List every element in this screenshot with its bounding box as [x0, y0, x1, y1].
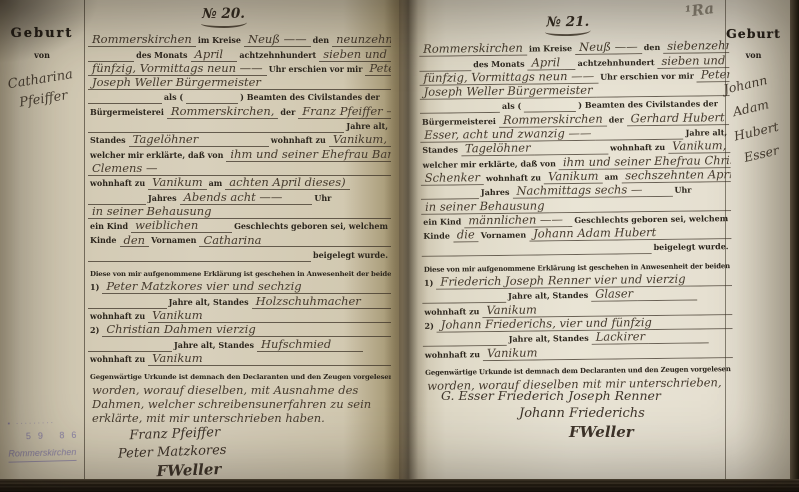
- rule-blank: [161, 162, 391, 176]
- handwritten-text: Vanikum: [483, 347, 542, 361]
- form-right: № 21. Rommerskirchenim KreiseNeuß ——dens…: [419, 12, 734, 392]
- printed-text: im Kreise: [196, 35, 244, 47]
- form-left: № 20. Rommerskirchenim KreiseNeuß ——denn…: [88, 6, 391, 425]
- rule-blank: [660, 225, 731, 240]
- handwritten-text: sechszehnten April dieses): [621, 168, 731, 183]
- printed-text: wohnhaft zu: [269, 135, 329, 147]
- rule-blank: [524, 98, 576, 113]
- handwritten-text: sieben und: [319, 49, 391, 62]
- form-line: des MonatsAprilachtzehnhundertsieben und: [88, 47, 391, 61]
- geburt-heading: Geburt: [0, 26, 84, 41]
- form-line: welcher mir erklärte, daß vonihm und sei…: [88, 147, 391, 161]
- form-line: als () Beamten des Civilstandes der: [88, 90, 391, 104]
- handwritten-text: Holzschuhmacher: [252, 296, 365, 309]
- rule-blank: [260, 323, 391, 337]
- handwritten-text: Gerhard Hubert: [627, 112, 729, 126]
- printed-text: welcher mir erklärte, daß von: [420, 158, 559, 172]
- margin-column-right: Geburt von JohannAdamHubertEsser: [725, 0, 781, 492]
- printed-text: am: [207, 178, 226, 190]
- handwritten-text: Tagelöhner: [461, 143, 535, 157]
- printed-text: Bürgermeisterei: [88, 107, 167, 119]
- printed-text: am: [602, 171, 621, 183]
- handwritten-text: Vanikum: [148, 310, 206, 323]
- handwritten-text: in seiner Behausung: [88, 206, 216, 219]
- rule-blank: [88, 338, 172, 352]
- handwritten-text: Vanikum,: [668, 141, 730, 155]
- register-book-photo: Geburt von CatharinaPfeiffer № 20. Romme…: [0, 0, 799, 492]
- signature-block-right: G. Esser Friederich Joseph RennerJohann …: [441, 388, 661, 443]
- handwritten-text: die: [453, 229, 479, 242]
- entry-number: № 20.: [72, 6, 375, 22]
- handwritten-text: Vanikum: [148, 177, 206, 190]
- printed-text: wohnhaft zu: [422, 306, 482, 319]
- handwritten-text: Joseph Weller Bürgermeister: [88, 77, 265, 90]
- handwritten-text: Glaser: [591, 289, 637, 303]
- form-body: Rommerskirchenim KreiseNeuß ——densiebenz…: [419, 39, 733, 392]
- printed-text: ein Kind: [88, 221, 131, 233]
- signature-block-left: Franz PfeifferPeter MatzkoresFWeller: [101, 424, 227, 484]
- form-line: Joseph Weller Bürgermeister: [88, 76, 391, 90]
- handwritten-text: Clemens —: [88, 163, 161, 176]
- handwritten-text: Rommerskirchen,: [167, 106, 278, 119]
- handwritten-text: Johann Adam Hubert: [529, 227, 660, 242]
- rule-blank: [646, 183, 672, 197]
- page-edge-right: [790, 0, 799, 492]
- form-line: beigelegt wurde.: [88, 247, 391, 261]
- printed-text: Uhr erschien vor mir: [598, 70, 697, 83]
- printed-text: der: [607, 114, 627, 126]
- stamp-line: Rommerskirchen: [8, 446, 76, 462]
- flourish-underline: [545, 30, 591, 37]
- rule-blank: [207, 352, 391, 366]
- form-body: Rommerskirchenim KreiseNeuß ——denneunzeh…: [88, 33, 391, 425]
- printed-text: wohnhaft zu: [88, 178, 148, 190]
- rule-blank: [421, 241, 651, 258]
- handwritten-text: Christian Dahmen vierzig: [102, 324, 259, 337]
- printed-text: ) Beamten des Civilstandes der: [238, 92, 383, 104]
- handwritten-text: den: [120, 235, 150, 248]
- printed-text: Uhr erschien vor mir: [267, 64, 366, 76]
- printed-text: welcher mir erklärte, daß von: [88, 150, 226, 162]
- printed-text: wohnhaft zu: [423, 349, 483, 362]
- printed-text: Jahres: [146, 193, 180, 205]
- form-line: Jahre alt, StandesHolzschuhmacher: [88, 294, 391, 308]
- rule-blank: [88, 191, 146, 205]
- handwritten-text: Rommerskirchen: [499, 113, 607, 127]
- handwritten-text: Dahmen, welcher schreibensunerfahren zu …: [88, 399, 375, 411]
- form-line: Jahre alt, StandesHufschmied: [88, 337, 391, 351]
- form-line: Gegenwärtige Urkunde ist demnach den Dec…: [88, 369, 391, 383]
- form-line: in seiner Behausung: [88, 205, 391, 219]
- printed-text: 1): [88, 282, 102, 294]
- rule-blank: [541, 344, 733, 360]
- printed-text: Kinde: [88, 235, 120, 247]
- book-bottom-edge: [0, 479, 799, 492]
- printed-text: wohnhaft zu: [88, 311, 148, 323]
- entry-number: № 21.: [413, 12, 723, 32]
- printed-text: Jahre alt, Standes: [172, 340, 257, 352]
- handwritten-text: weiblichen: [131, 220, 202, 233]
- signature: G. Esser Friederich Joseph Renner: [441, 388, 661, 405]
- rule-blank: [265, 76, 391, 90]
- printed-text: den: [642, 42, 664, 54]
- handwritten-text: Franz Pfeiffer —: [298, 106, 391, 119]
- rule-blank: [421, 185, 479, 200]
- rule-blank: [88, 295, 167, 309]
- form-line: Diese von mir aufgenommene Erklärung ist…: [88, 266, 391, 280]
- handwritten-text: sieben und: [657, 55, 729, 69]
- handwritten-text: neunzehnten: [332, 34, 391, 47]
- geburt-heading: Geburt: [726, 26, 781, 41]
- flourish-underline: [201, 22, 247, 28]
- rule-blank: [423, 332, 507, 347]
- handwritten-text: Peter: [697, 69, 730, 82]
- form-line: 1)Peter Matzkores vier und sechzig: [88, 280, 391, 294]
- handwritten-text: achten April dieses): [225, 177, 349, 190]
- printed-text: des Monats: [471, 58, 528, 71]
- rule-blank: [306, 280, 391, 294]
- signature: FWeller: [569, 422, 661, 442]
- signature: Johann Friederichs: [519, 405, 661, 423]
- page-left: Geburt von CatharinaPfeiffer № 20. Romme…: [0, 0, 399, 492]
- von-label: von: [726, 50, 781, 60]
- printed-text: Vornamen: [149, 235, 199, 247]
- printed-text: Gegenwärtige Urkunde ist demnach den Dec…: [88, 373, 391, 383]
- rule-blank: [548, 197, 731, 213]
- rule-blank: [202, 219, 232, 233]
- rule-blank: [88, 90, 162, 104]
- handwritten-text: April: [191, 49, 228, 62]
- handwritten-text: ihm und seiner Ehefrau Barbara: [226, 149, 391, 162]
- handwritten-text: Vanikum,: [329, 134, 391, 147]
- rule-blank: [656, 315, 733, 330]
- printed-text: wohnhaft zu: [484, 172, 544, 185]
- rule-blank: [202, 133, 269, 147]
- rule-blank: [335, 338, 363, 352]
- printed-text: 2): [88, 325, 102, 337]
- handwritten-text: Vanikum: [544, 171, 603, 185]
- handwritten-text: Vanikum: [482, 304, 541, 318]
- book-gutter-shadow: [384, 0, 428, 492]
- form-line: ein KindweiblichenGeschlechts geboren se…: [88, 219, 391, 233]
- handwritten-text: Neuß ——: [575, 42, 642, 56]
- von-label: von: [0, 50, 84, 60]
- rule-blank: [207, 309, 391, 323]
- rule-blank: [596, 82, 729, 98]
- form-line: wohnhaft zuVanikum: [88, 352, 391, 366]
- rule-blank: [265, 233, 391, 247]
- handwritten-text: Vanikum: [148, 353, 206, 366]
- handwritten-text: Hufschmied: [257, 339, 335, 352]
- handwritten-text: Lackirer: [592, 331, 650, 345]
- handwritten-text: Abends acht ——: [180, 192, 287, 205]
- form-line: beigelegt wurde.: [421, 239, 731, 257]
- printed-text: wohnhaft zu: [608, 142, 668, 155]
- printed-text: als (: [162, 92, 186, 104]
- printed-text: den: [311, 35, 333, 47]
- handwritten-text: Tagelöhner: [129, 134, 203, 147]
- rule-blank: [88, 119, 344, 133]
- handwritten-text: siebenzehnten: [663, 40, 729, 54]
- form-line: wohnhaft zuVanikumamachten April dieses): [88, 176, 391, 190]
- printed-text: als (: [500, 101, 524, 113]
- printed-text: Jahre alt, Standes: [167, 297, 252, 309]
- form-line: Rommerskirchenim KreiseNeuß ——denneunzeh…: [88, 33, 391, 47]
- rule-blank: [227, 48, 237, 62]
- printed-text: beigelegt wurde.: [311, 250, 391, 262]
- printed-text: Jahre alt, Standes: [507, 333, 592, 346]
- rule-blank: [420, 99, 500, 114]
- rule-blank: [595, 126, 683, 141]
- handwritten-text: April: [527, 57, 564, 70]
- form-line: KindedenVornamenCatharina: [88, 233, 391, 247]
- handwritten-text: fünfzig, Vormittags neun ——: [88, 63, 267, 76]
- rule-blank: [564, 56, 576, 70]
- printed-text: wohnhaft zu: [88, 354, 148, 366]
- handwritten-text: männlichen ——: [464, 214, 567, 228]
- printed-text: Jahre alt,: [684, 127, 731, 140]
- printed-text: Standes: [88, 135, 129, 147]
- printed-text: Diese von mir aufgenommene Erklärung ist…: [88, 270, 391, 280]
- rule-blank: [649, 330, 709, 345]
- rule-blank: [216, 205, 392, 219]
- rule-blank: [534, 141, 608, 156]
- printed-text: Uhr: [672, 185, 694, 197]
- handwritten-text: Schenker: [421, 172, 484, 186]
- form-line: wohnhaft zuVanikum: [88, 309, 391, 323]
- handwritten-text: Neuß ——: [244, 34, 311, 47]
- handwritten-text: worden, worauf dieselben, mit Ausnahme d…: [88, 385, 362, 397]
- handwritten-text: Nachmittags sechs —: [512, 184, 646, 199]
- margin-name-left: CatharinaPfeiffer: [0, 64, 87, 117]
- form-line: 2)Christian Dahmen vierzig: [88, 323, 391, 337]
- handwritten-text: Peter Matzkores vier und sechzig: [102, 281, 305, 294]
- handwritten-text: Rommerskirchen: [419, 43, 527, 57]
- page-right: ¹Ra Geburt von JohannAdamHubertEsser № 2…: [399, 0, 790, 492]
- printed-text: der: [278, 107, 298, 119]
- printed-text: Jahres: [479, 187, 513, 199]
- printed-text: Vornamen: [479, 230, 530, 243]
- form-line: BürgermeistereiRommerskirchen,derFranz P…: [88, 104, 391, 118]
- printed-text: des Monats: [134, 50, 190, 62]
- rule-blank: [637, 287, 697, 302]
- printed-text: beigelegt wurde.: [651, 242, 731, 255]
- form-line: Dahmen, welcher schreibensunerfahren zu …: [88, 397, 391, 411]
- form-line: Jahre alt,: [88, 119, 391, 133]
- printed-text: Jahre alt, Standes: [506, 290, 591, 303]
- handwritten-text: Catharina: [199, 235, 265, 248]
- rule-blank: [88, 248, 311, 262]
- rule-blank: [689, 272, 732, 287]
- rule-blank: [88, 48, 134, 62]
- printed-text: im Kreise: [527, 43, 575, 56]
- rule-blank: [422, 289, 506, 304]
- rule-blank: [186, 90, 238, 104]
- rule-blank: [286, 191, 312, 205]
- printed-text: achtzehnhundert: [576, 57, 658, 70]
- handwritten-text: Rommerskirchen: [88, 34, 196, 47]
- printed-text: Uhr: [312, 193, 334, 205]
- form-line: StandesTagelöhnerwohnhaft zuVanikum,: [88, 133, 391, 147]
- printed-text: Bürgermeisterei: [420, 116, 499, 129]
- form-line: worden, worauf dieselben, mit Ausnahme d…: [88, 383, 391, 397]
- form-line: Clemens —: [88, 162, 391, 176]
- printed-text: achtzehnhundert: [237, 50, 319, 62]
- form-line: JahresAbends acht ——Uhr: [88, 190, 391, 204]
- printed-text: Geschlechts geboren sei, welchem: [232, 221, 391, 233]
- form-line: fünfzig, Vormittags neun ——Uhr erschien …: [88, 62, 391, 76]
